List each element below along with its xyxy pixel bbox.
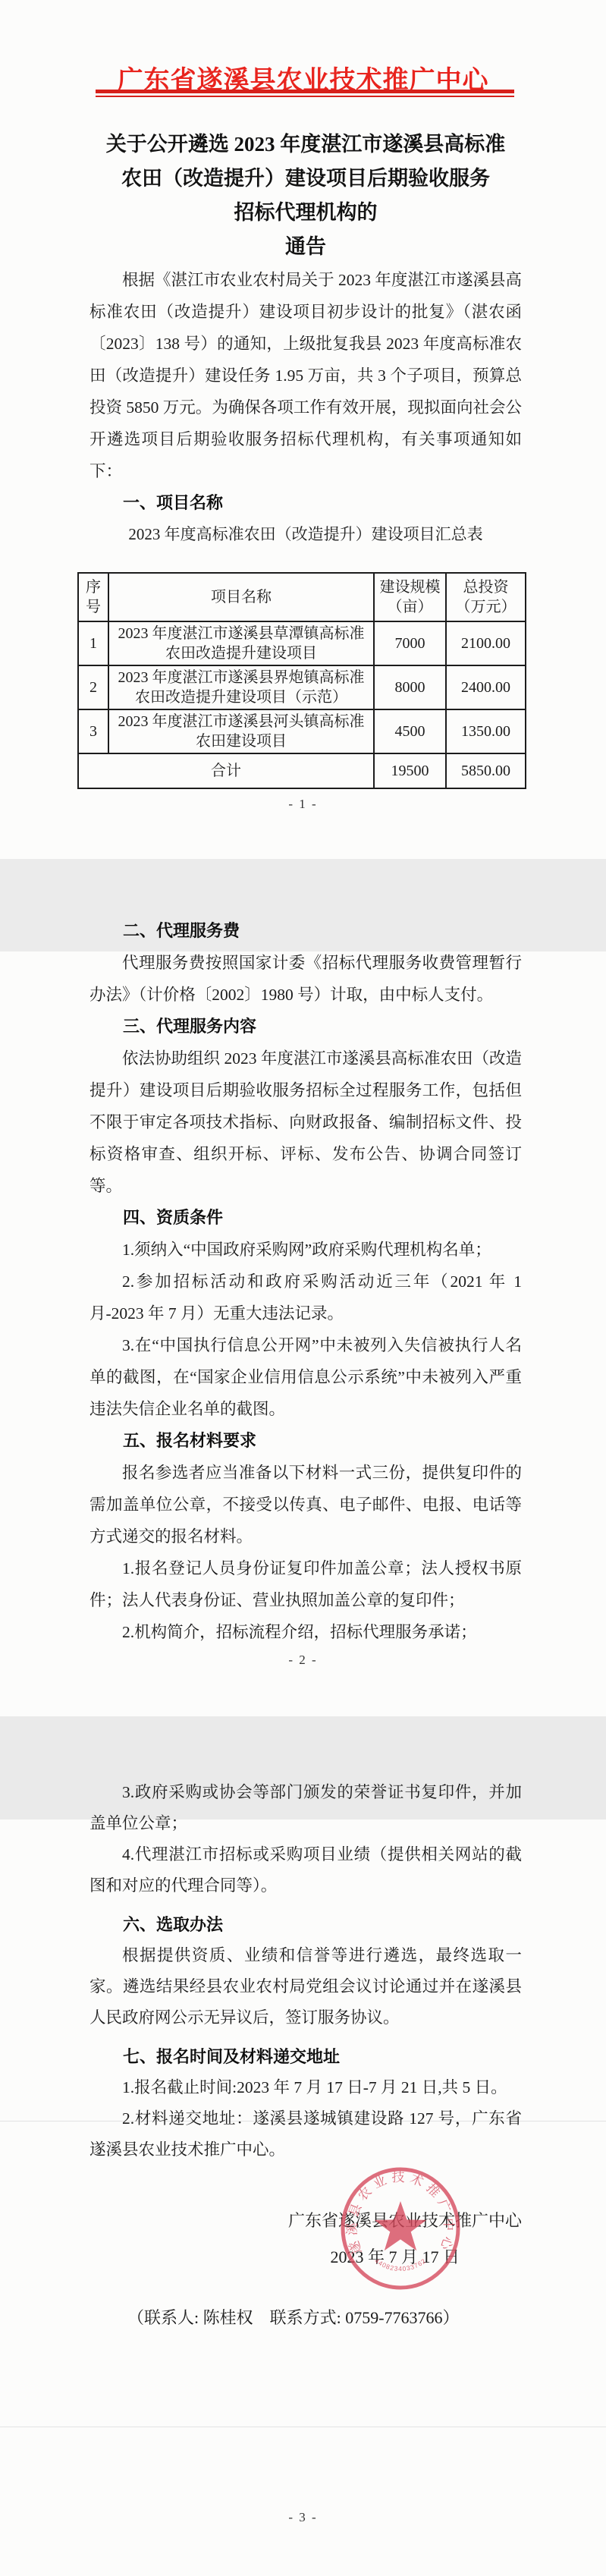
section-5-body: 报名参选者应当准备以下材料一式三份，提供复印件的需加盖单位公章，不接受以传真、电… [89,1457,522,1552]
header-cell-name: 项目名称 [108,573,374,621]
table-row: 1 2023 年度湛江市遂溪县草潭镇高标准农田改造提升建设项目 7000 210… [78,621,526,665]
page-number-3: - 3 - [0,2510,606,2525]
scan-artifact-line [0,2427,606,2427]
scanned-notice-document: 广东省遂溪县农业技术推广中心 关于公开遴选 2023 年度湛江市遂溪县高标准 农… [0,0,606,2576]
table-row: 2 2023 年度湛江市遂溪县界炮镇高标准农田改造提升建设项目（示范） 8000… [78,665,526,709]
intro-paragraph: 根据《湛江市农业农村局关于 2023 年度湛江市遂溪县高标准农田（改造提升）建设… [89,264,522,487]
title-line-3: 招标代理机构的 [89,196,522,230]
title-line-4: 通告 [89,230,522,264]
cell-project-name: 2023 年度湛江市遂溪县界炮镇高标准农田改造提升建设项目（示范） [108,665,374,709]
section-5-item-3: 3.政府采购或协会等部门颁发的荣誉证书复印件，并加盖单位公章； [89,1777,522,1839]
cell-investment: 1350.00 [446,709,526,753]
section-5-heading: 五、报名材料要求 [89,1425,522,1457]
total-label-cell: 合计 [78,753,374,788]
section-3-body: 依法协助组织 2023 年度湛江市遂溪县高标准农田（改造提升）建设项目后期验收服… [89,1043,522,1202]
section-2-heading: 二、代理服务费 [89,915,522,947]
section-7-item-2: 2.材料递交地址：遂溪县遂城镇建设路 127 号，广东省遂溪县农业技术推广中心。 [89,2103,522,2166]
cell-scale: 4500 [374,709,446,753]
cell-investment: 2100.00 [446,621,526,665]
section-6-body: 根据提供资质、业绩和信誉等进行遴选，最终选取一家。遴选结果经县农业农村局党组会议… [89,1940,522,2033]
section-1-heading: 一、项目名称 [89,487,522,519]
cell-investment: 2400.00 [446,665,526,709]
cell-scale: 7000 [374,621,446,665]
document-title: 关于公开遴选 2023 年度湛江市遂溪县高标准 农田（改造提升）建设项目后期验收… [89,127,522,264]
cell-no: 3 [78,709,108,753]
cell-scale: 8000 [374,665,446,709]
seal-star-icon [375,2201,426,2250]
seal-number: 4408234033762 [373,2257,427,2272]
header-cell-investment: 总投资（万元） [446,573,526,621]
page-number-2: - 2 - [0,1653,606,1668]
header-cell-scale: 建设规模（亩） [374,573,446,621]
letterhead-red-divider [96,90,514,97]
cell-no: 1 [78,621,108,665]
section-7-heading: 七、报名时间及材料递交地址 [89,2041,522,2072]
project-summary-table: 序号 项目名称 建设规模（亩） 总投资（万元） 1 2023 年度湛江市遂溪县草… [77,572,526,789]
table-row: 3 2023 年度湛江市遂溪县河头镇高标准农田建设项目 4500 1350.00 [78,709,526,753]
table-total-row: 合计 19500 5850.00 [78,753,526,788]
section-6-heading: 六、选取办法 [89,1909,522,1940]
cell-project-name: 2023 年度湛江市遂溪县河头镇高标准农田建设项目 [108,709,374,753]
svg-text:4408234033762: 4408234033762 [373,2257,427,2272]
cell-project-name: 2023 年度湛江市遂溪县草潭镇高标准农田改造提升建设项目 [108,621,374,665]
title-line-2: 农田（改造提升）建设项目后期验收服务 [89,162,522,196]
project-table-caption: 2023 年度高标准农田（改造提升）建设项目汇总表 [89,519,522,549]
section-3-heading: 三、代理服务内容 [89,1011,522,1043]
page-number-1: - 1 - [0,797,606,812]
section-7-item-1: 1.报名截止时间:2023 年 7 月 17 日-7 月 21 日,共 5 日。 [89,2072,522,2103]
section-5-item-2: 2.机构简介，招标流程介绍，招标代理服务承诺； [89,1616,522,1648]
contact-info: （联系人: 陈桂权 联系方式: 0759-7763766） [127,2307,460,2329]
total-scale-cell: 19500 [374,753,446,788]
table-header-row: 序号 项目名称 建设规模（亩） 总投资（万元） [78,573,526,621]
section-4-item-1: 1.须纳入“中国政府采购网”政府采购代理机构名单； [89,1234,522,1266]
section-2-body: 代理服务费按照国家计委《招标代理服务收费管理暂行办法》（计价格〔2002〕198… [89,947,522,1011]
section-5-item-1: 1.报名登记人员身份证复印件加盖公章；法人授权书原件；法人代表身份证、营业执照加… [89,1552,522,1616]
section-4-heading: 四、资质条件 [89,1202,522,1234]
section-5-item-4: 4.代理湛江市招标或采购项目业绩（提供相关网站的截图和对应的代理合同等）。 [89,1839,522,1901]
cell-no: 2 [78,665,108,709]
section-4-item-3: 3.在“中国执行信息公开网”中未被列入失信被执行人名单的截图，在“国家企业信用信… [89,1329,522,1425]
official-red-seal: 遂溪县农业技术推广中心 4408234033762 [336,2164,465,2293]
section-4-item-2: 2.参加招标活动和政府采购活动近三年（2021 年 1 月-2023 年 7 月… [89,1266,522,1329]
total-investment-cell: 5850.00 [446,753,526,788]
header-cell-no: 序号 [78,573,108,621]
title-line-1: 关于公开遴选 2023 年度湛江市遂溪县高标准 [89,127,522,162]
